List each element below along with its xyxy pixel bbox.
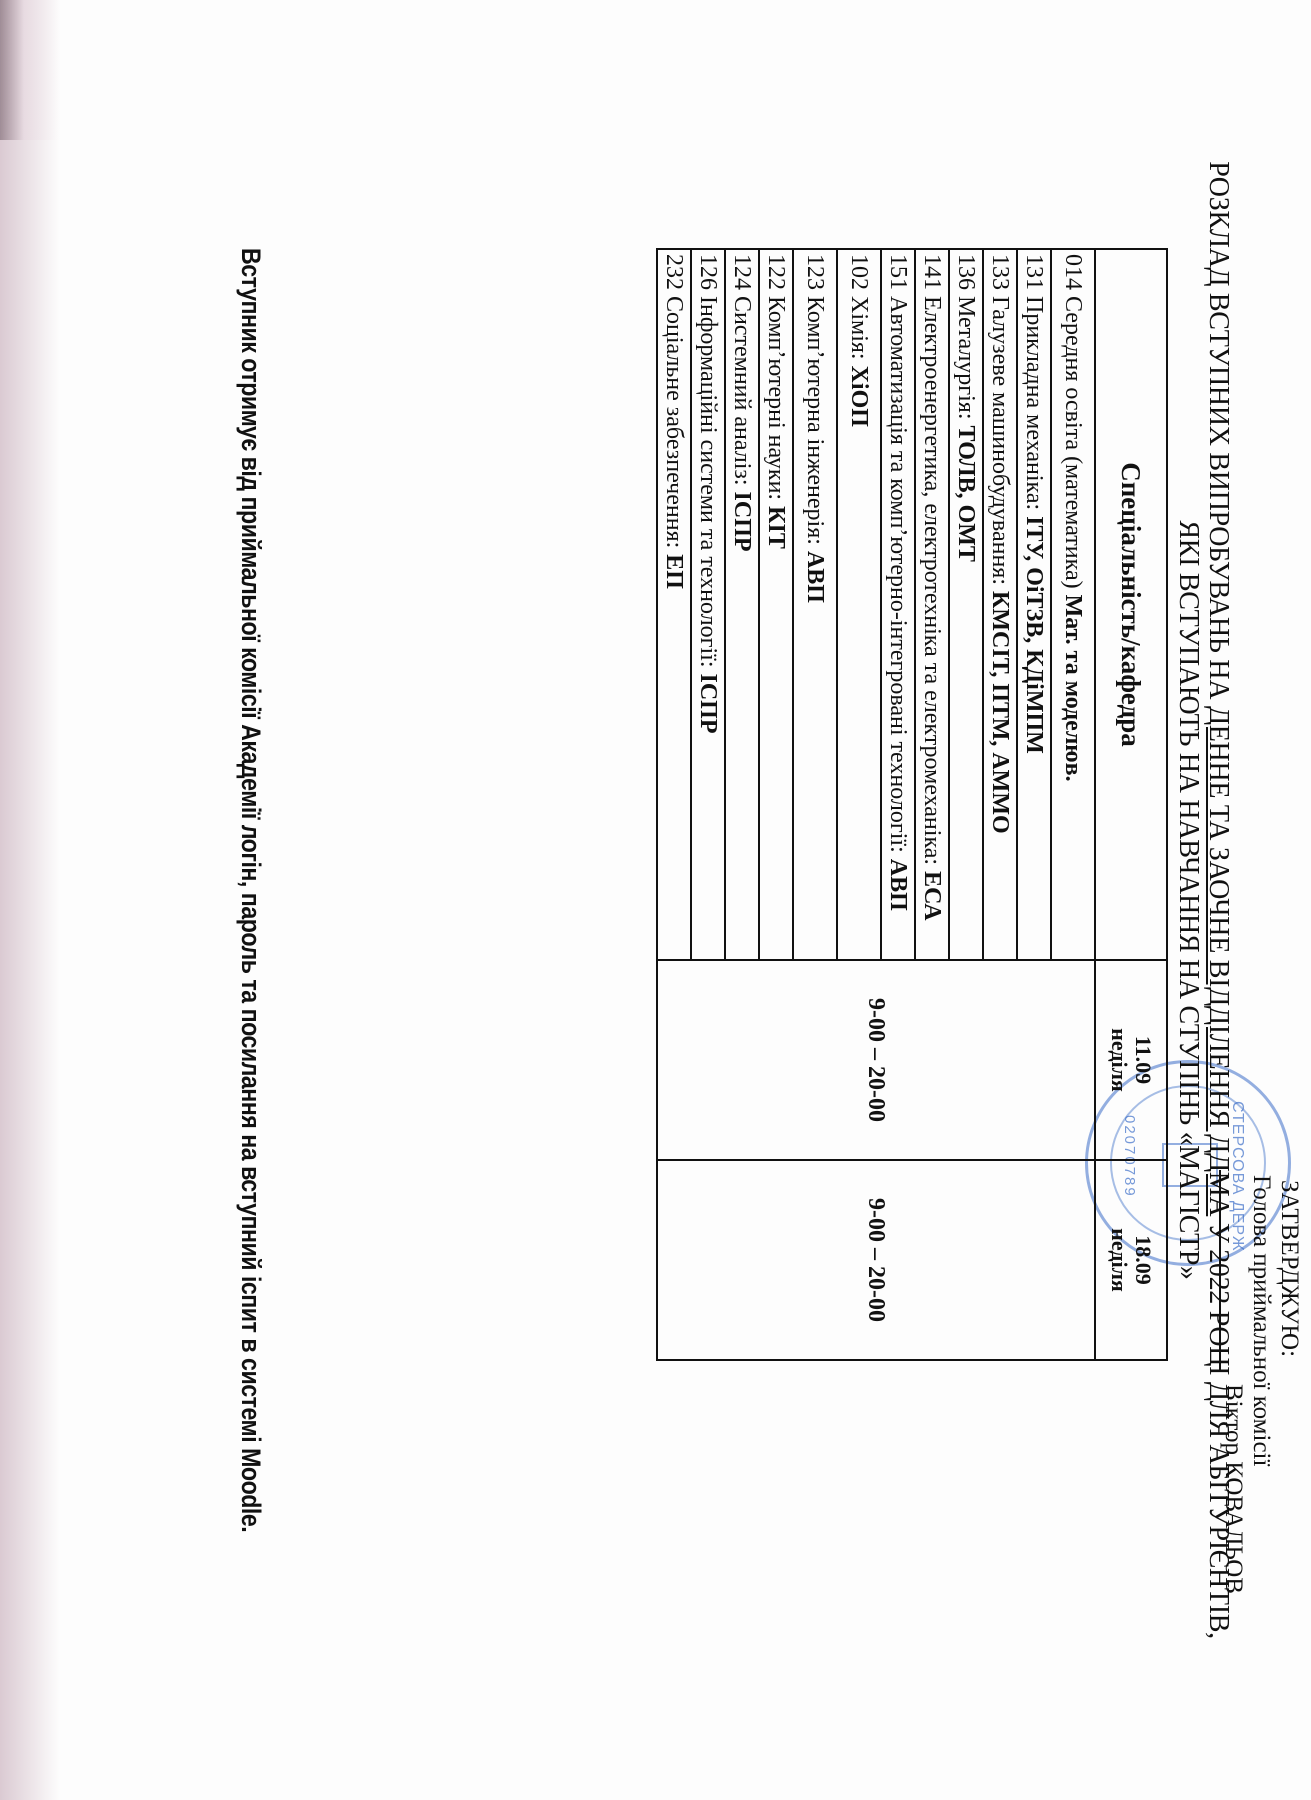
- specialty-name: 136 Металургія:: [954, 254, 980, 426]
- header-date: 11.09: [1131, 965, 1155, 1155]
- department-code: ІСПР: [730, 492, 756, 552]
- approval-position: Голова приймальної комісії: [1247, 1075, 1275, 1775]
- specialty-cell: 124 Системний аналіз: ІСПР: [725, 249, 759, 960]
- specialty-name: 124 Системний аналіз:: [730, 254, 756, 492]
- specialty-name: 232 Соціальне забезпечення:: [662, 254, 688, 554]
- table-header-row: Спеціальність/кафедра 11.09 неділя 18.09…: [1095, 249, 1167, 1360]
- title-underlined: ДЕННЕ ТА ЗАОЧНЕ ВІДДІЛЕННЯ ДДМА: [1203, 706, 1234, 1216]
- department-code: КМСІТ, ПТМ, АММО: [988, 591, 1014, 834]
- column-header-date: 11.09 неділя: [1095, 960, 1167, 1160]
- column-header-date: 18.09 неділя: [1095, 1160, 1167, 1360]
- table-row: 014 Середня освіта (математика) Мат. та …: [1051, 249, 1095, 1360]
- specialty-cell: 122 Комп’ютерні науки: КІТ: [759, 249, 793, 960]
- department-code: АВП: [803, 551, 829, 603]
- specialty-name: 133 Галузеве машинобудування:: [988, 254, 1014, 591]
- title-line2: ЯКІ ВСТУПАЮТЬ НА НАВЧАННЯ НА СТУПІНЬ «МА…: [1173, 20, 1203, 1780]
- time-slot-cell: 9-00 – 20-00: [657, 960, 1095, 1160]
- header-date: 18.09: [1131, 1165, 1155, 1355]
- specialty-name: 151 Автоматизація та комп’ютерно-інтегро…: [886, 254, 912, 859]
- footer-note: Вступник отримує від приймальної комісії…: [235, 248, 266, 1495]
- document-page: СТЕРСОВА ДЕРЖ 02070789 ЗАТВЕРДЖУЮ: Голов…: [0, 0, 1311, 1800]
- title-suffix: У 2022 РОЦІ ДЛЯ АБІТУРІЄНТІВ,: [1203, 1216, 1234, 1639]
- department-code: Мат. та моделюв.: [1061, 595, 1087, 782]
- specialty-cell: 133 Галузеве машинобудування: КМСІТ, ПТМ…: [983, 249, 1017, 960]
- specialty-cell: 141 Електроенергетика, електротехніка та…: [915, 249, 949, 960]
- specialty-name: 141 Електроенергетика, електротехніка та…: [920, 254, 946, 871]
- time-slot-cell: 9-00 – 20-00: [657, 1160, 1095, 1360]
- department-code: ХіОП: [847, 366, 873, 427]
- department-code: ЕСА: [920, 871, 946, 920]
- department-code: ТОЛВ, ОМТ: [954, 426, 980, 562]
- specialty-cell: 014 Середня освіта (математика) Мат. та …: [1051, 249, 1095, 960]
- approval-heading: ЗАТВЕРДЖУЮ:: [1275, 1075, 1303, 1775]
- specialty-cell: 126 Інформаційні системи та технології: …: [691, 249, 725, 960]
- department-code: ІТУ, ОіТЗВ, КДіМПМ: [1022, 516, 1048, 754]
- specialty-cell: 136 Металургія: ТОЛВ, ОМТ: [949, 249, 983, 960]
- specialty-cell: 123 Комп’ютерна інженерія: АВП: [793, 249, 837, 960]
- department-code: ІСПР: [696, 674, 722, 734]
- specialty-name: 014 Середня освіта (математика): [1061, 254, 1087, 595]
- specialty-cell: 151 Автоматизація та комп’ютерно-інтегро…: [881, 249, 915, 960]
- exam-schedule-table: Спеціальність/кафедра 11.09 неділя 18.09…: [656, 248, 1168, 1361]
- specialty-name: 102 Хімія:: [847, 254, 873, 366]
- department-code: КІТ: [764, 506, 790, 549]
- department-code: ЕП: [662, 554, 688, 589]
- header-day: неділя: [1107, 965, 1131, 1155]
- specialty-cell: 232 Соціальне забезпечення: ЕП: [657, 249, 691, 960]
- column-header-specialty: Спеціальність/кафедра: [1095, 249, 1167, 960]
- specialty-name: 122 Комп’ютерні науки:: [764, 254, 790, 506]
- specialty-name: 126 Інформаційні системи та технології:: [696, 254, 722, 674]
- specialty-cell: 102 Хімія: ХіОП: [837, 249, 881, 960]
- header-day: неділя: [1107, 1165, 1131, 1355]
- specialty-name: 123 Комп’ютерна інженерія:: [803, 254, 829, 551]
- title-prefix: РОЗКЛАД ВСТУПНИХ ВИПРОБУВАНЬ НА: [1203, 161, 1234, 706]
- specialty-cell: 131 Прикладна механіка: ІТУ, ОіТЗВ, КДіМ…: [1017, 249, 1051, 960]
- document-title: РОЗКЛАД ВСТУПНИХ ВИПРОБУВАНЬ НА ДЕННЕ ТА…: [1173, 20, 1233, 1780]
- department-code: АВП: [886, 859, 912, 911]
- specialty-name: 131 Прикладна механіка:: [1022, 254, 1048, 516]
